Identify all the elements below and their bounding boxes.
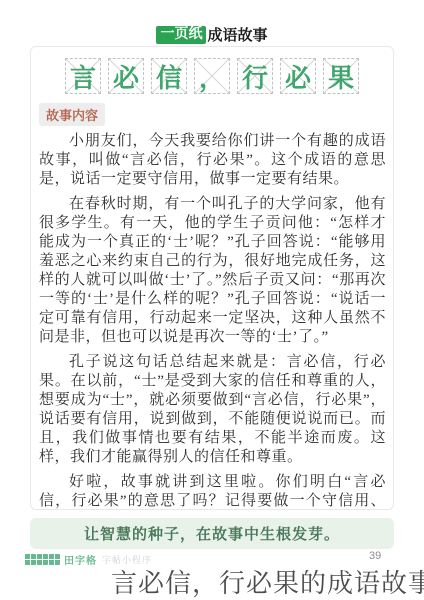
page-header-title: 成语故事 [207, 24, 267, 45]
brand-badge: 一页纸 [156, 26, 206, 44]
page-header: 一页纸 成语故事 [0, 24, 424, 45]
bottom-caption: 言必信，行必果的成语故事 [111, 563, 424, 600]
title-char-box: 言 [65, 58, 101, 94]
story-paragraph: 小朋友们，今天我要给你们讲一个有趣的成语故事，叫做“言必信，行必果”。这个成语的… [39, 132, 386, 189]
title-char-box: 果 [323, 58, 359, 94]
story-paragraph: 孔子说这句话总结起来就是：言必信，行必果。在以前，“士”是受到大家的信任和尊重的… [39, 353, 386, 467]
story-paragraph: 在春秋时期，有一个叫孔子的大学问家，他有很多学生。有一天，他的学生子贡问他：“怎… [39, 195, 386, 347]
title-char-box: 必 [108, 58, 144, 94]
section-label: 故事内容 [39, 103, 105, 126]
watermark-name: 田字格 [64, 552, 97, 567]
title-char-box: 行 [237, 58, 273, 94]
grid-logo-icon [25, 554, 60, 565]
story-paragraph: 好啦，故事就讲到这里啦。你们明白“言必信，行必果”的意思了吗？记得要做一个守信用… [39, 473, 386, 510]
idiom-title-row: 言必信，行必果 [31, 58, 393, 94]
page: 一页纸 成语故事 言必信，行必果 故事内容 小朋友们，今天我要给你们讲一个有趣的… [0, 0, 424, 600]
story-text: 小朋友们，今天我要给你们讲一个有趣的成语故事，叫做“言必信，行必果”。这个成语的… [31, 126, 393, 510]
slogan-banner: 让智慧的种子，在故事中生根发芽。 [30, 518, 394, 549]
title-char-box: 必 [280, 58, 316, 94]
story-card: 言必信，行必果 故事内容 小朋友们，今天我要给你们讲一个有趣的成语故事，叫做“言… [30, 46, 394, 510]
slogan-text: 让智慧的种子，在故事中生根发芽。 [84, 523, 340, 544]
page-number: 39 [369, 550, 381, 562]
title-char-box: 信 [151, 58, 187, 94]
title-char-box: ， [194, 58, 230, 94]
